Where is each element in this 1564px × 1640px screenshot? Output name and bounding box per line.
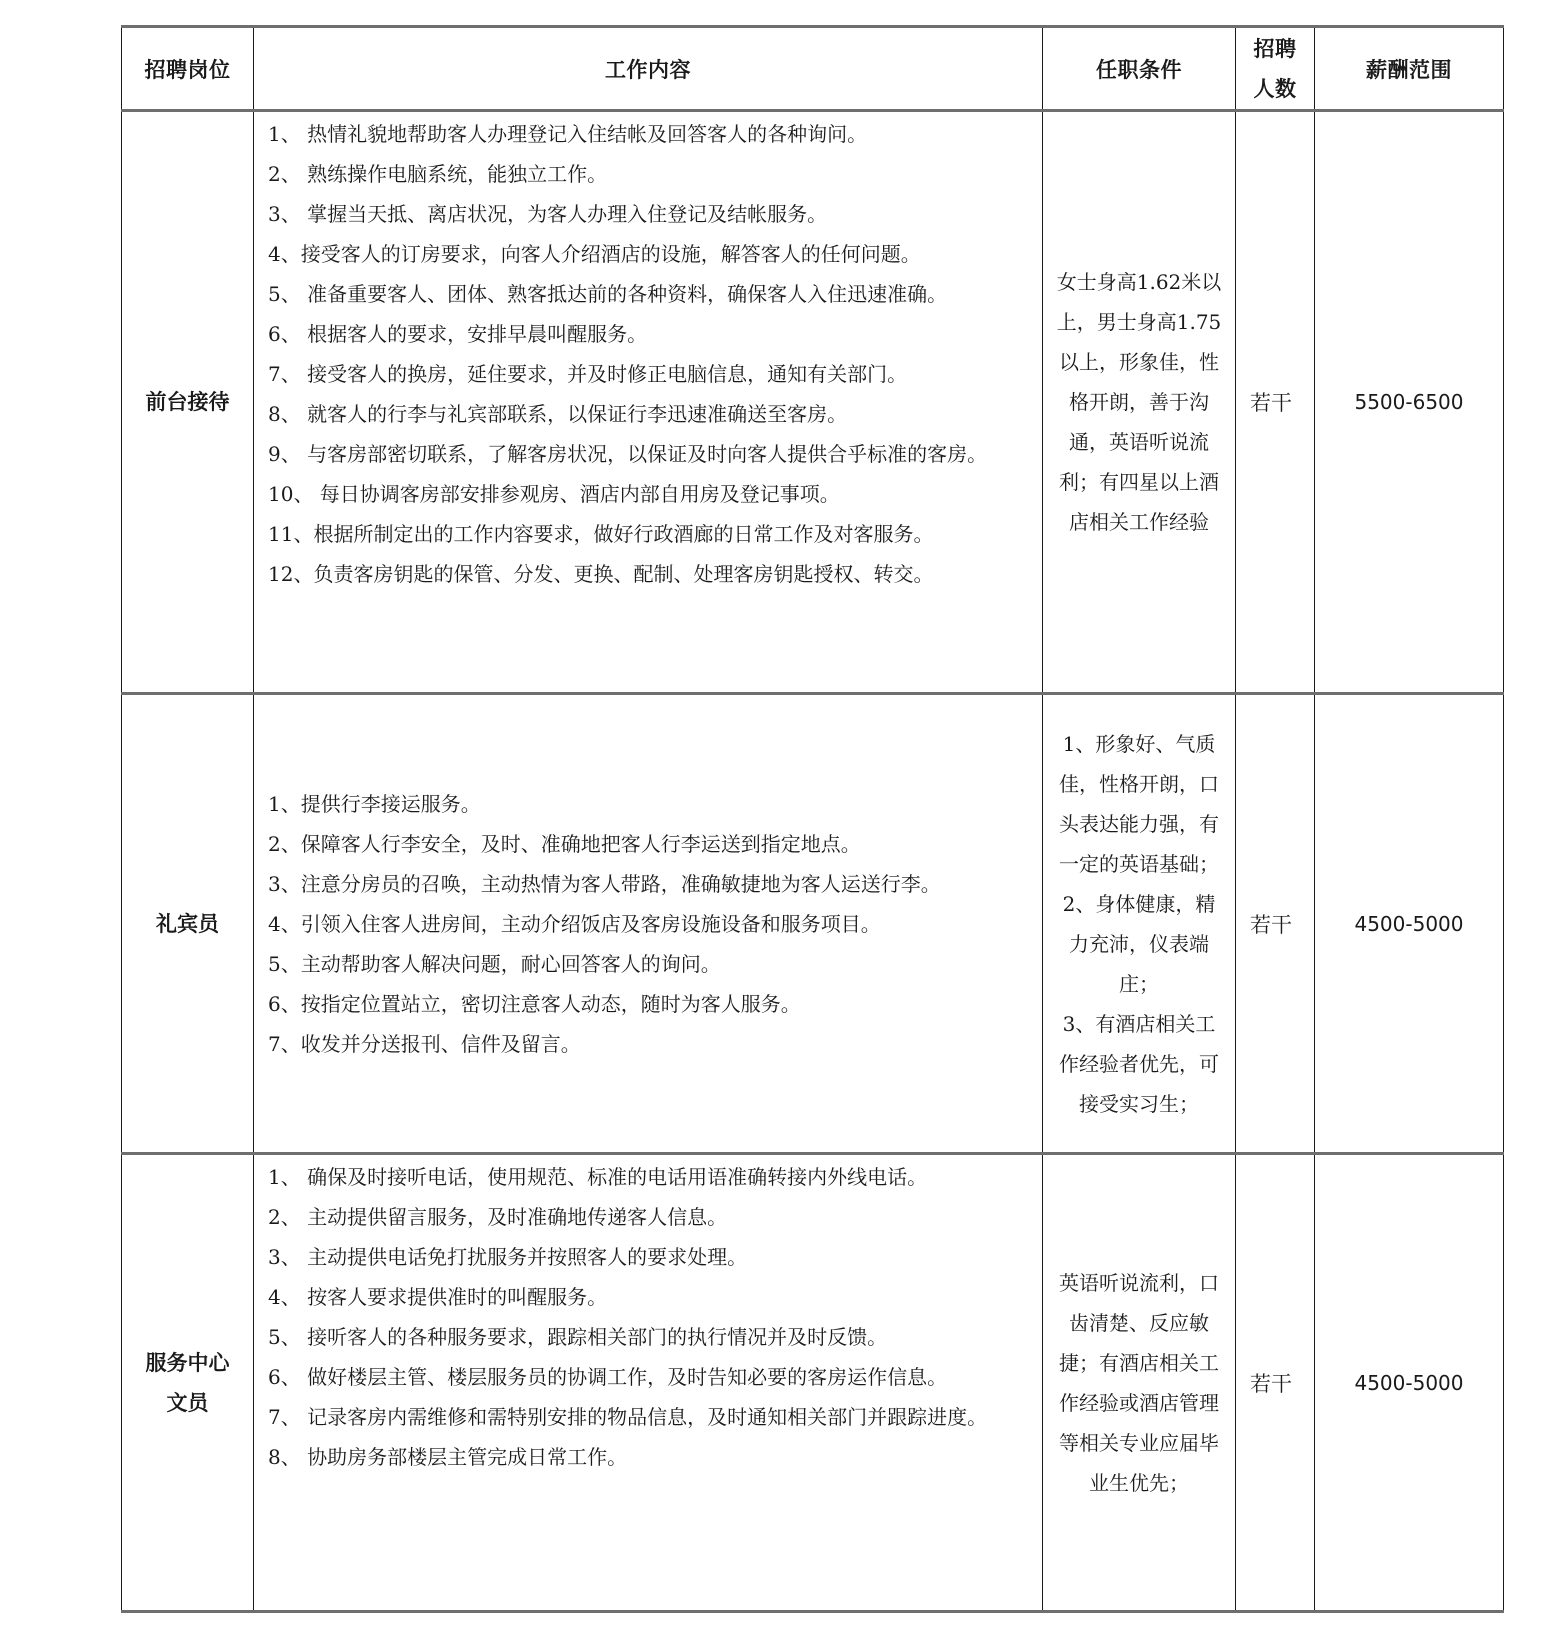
salary-cell: 4500-5000 [1315, 1154, 1504, 1612]
duty-item: 2、 主动提供留言服务，及时准确地传递客人信息。 [268, 1197, 1030, 1237]
duty-item: 1、 确保及时接听电话，使用规范、标准的电话用语准确转接内外线电话。 [268, 1157, 1030, 1197]
requirements-list: 女士身高1.62米以上，男士身高1.75以上，形象佳，性格开朗，善于沟通，英语听… [1055, 262, 1223, 542]
duty-item: 10、 每日协调客房部安排参观房、酒店内部自用房及登记事项。 [268, 474, 1030, 514]
duty-item: 3、注意分房员的召唤，主动热情为客人带路，准确敏捷地为客人运送行李。 [268, 864, 1030, 904]
position-cell: 前台接待 [122, 111, 254, 694]
requirements-cell: 女士身高1.62米以上，男士身高1.75以上，形象佳，性格开朗，善于沟通，英语听… [1043, 111, 1236, 694]
recruitment-table: 招聘岗位 工作内容 任职条件 招聘 人数 薪酬范围 前台接待 1、 热情礼貌地帮… [121, 25, 1504, 1613]
duty-item: 1、提供行李接运服务。 [268, 784, 1030, 824]
duties-cell: 1、提供行李接运服务。 2、保障客人行李安全，及时、准确地把客人行李运送到指定地… [254, 694, 1043, 1154]
duty-item: 2、 熟练操作电脑系统，能独立工作。 [268, 154, 1030, 194]
table-row: 前台接待 1、 热情礼貌地帮助客人办理登记入住结帐及回答客人的各种询问。 2、 … [122, 111, 1504, 694]
duty-item: 5、主动帮助客人解决问题，耐心回答客人的询问。 [268, 944, 1030, 984]
duties-list: 1、提供行李接运服务。 2、保障客人行李安全，及时、准确地把客人行李运送到指定地… [268, 784, 1030, 1064]
count-cell: 若干 [1236, 1154, 1315, 1612]
duties-cell: 1、 确保及时接听电话，使用规范、标准的电话用语准确转接内外线电话。 2、 主动… [254, 1154, 1043, 1612]
duties-list: 1、 确保及时接听电话，使用规范、标准的电话用语准确转接内外线电话。 2、 主动… [268, 1157, 1030, 1477]
salary-cell: 5500-6500 [1315, 111, 1504, 694]
duty-item: 3、 掌握当天抵、离店状况，为客人办理入住登记及结帐服务。 [268, 194, 1030, 234]
header-count: 招聘 人数 [1236, 27, 1315, 111]
requirement-item: 2、身体健康，精力充沛，仪表端庄； [1055, 884, 1223, 1004]
header-salary: 薪酬范围 [1315, 27, 1504, 111]
duty-item: 1、 热情礼貌地帮助客人办理登记入住结帐及回答客人的各种询问。 [268, 114, 1030, 154]
position-name-line1: 服务中心 [122, 1343, 253, 1383]
header-requirements: 任职条件 [1043, 27, 1236, 111]
duty-item: 11、根据所制定出的工作内容要求，做好行政酒廊的日常工作及对客服务。 [268, 514, 1030, 554]
position-cell: 服务中心 文员 [122, 1154, 254, 1612]
position-name: 前台接待 [122, 382, 253, 422]
duty-item: 6、按指定位置站立，密切注意客人动态，随时为客人服务。 [268, 984, 1030, 1024]
requirements-cell: 英语听说流利，口齿清楚、反应敏捷；有酒店相关工作经验或酒店管理等相关专业应届毕业… [1043, 1154, 1236, 1612]
duty-item: 4、 按客人要求提供准时的叫醒服务。 [268, 1277, 1030, 1317]
duty-item: 12、负责客房钥匙的保管、分发、更换、配制、处理客房钥匙授权、转交。 [268, 554, 1030, 594]
header-duties: 工作内容 [254, 27, 1043, 111]
duty-item: 5、 接听客人的各种服务要求，跟踪相关部门的执行情况并及时反馈。 [268, 1317, 1030, 1357]
duty-item: 7、 记录客房内需维修和需特别安排的物品信息，及时通知相关部门并跟踪进度。 [268, 1397, 1030, 1437]
duty-item: 7、收发并分送报刊、信件及留言。 [268, 1024, 1030, 1064]
header-position: 招聘岗位 [122, 27, 254, 111]
duty-item: 9、 与客房部密切联系，了解客房状况，以保证及时向客人提供合乎标准的客房。 [268, 434, 1030, 474]
header-count-line2: 人数 [1236, 69, 1314, 109]
duty-item: 3、 主动提供电话免打扰服务并按照客人的要求处理。 [268, 1237, 1030, 1277]
duty-item: 4、接受客人的订房要求，向客人介绍酒店的设施，解答客人的任何问题。 [268, 234, 1030, 274]
duty-item: 8、 协助房务部楼层主管完成日常工作。 [268, 1437, 1030, 1477]
requirements-list: 1、形象好、气质佳，性格开朗，口头表达能力强，有一定的英语基础； 2、身体健康，… [1055, 724, 1223, 1124]
table-row: 礼宾员 1、提供行李接运服务。 2、保障客人行李安全，及时、准确地把客人行李运送… [122, 694, 1504, 1154]
duty-item: 2、保障客人行李安全，及时、准确地把客人行李运送到指定地点。 [268, 824, 1030, 864]
header-row: 招聘岗位 工作内容 任职条件 招聘 人数 薪酬范围 [122, 27, 1504, 111]
duty-item: 8、 就客人的行李与礼宾部联系，以保证行李迅速准确送至客房。 [268, 394, 1030, 434]
salary-cell: 4500-5000 [1315, 694, 1504, 1154]
duty-item: 4、引领入住客人进房间，主动介绍饭店及客房设施设备和服务项目。 [268, 904, 1030, 944]
requirements-cell: 1、形象好、气质佳，性格开朗，口头表达能力强，有一定的英语基础； 2、身体健康，… [1043, 694, 1236, 1154]
requirement-item: 英语听说流利，口齿清楚、反应敏捷；有酒店相关工作经验或酒店管理等相关专业应届毕业… [1055, 1263, 1223, 1503]
position-name-line2: 文员 [122, 1383, 253, 1423]
duties-cell: 1、 热情礼貌地帮助客人办理登记入住结帐及回答客人的各种询问。 2、 熟练操作电… [254, 111, 1043, 694]
duties-list: 1、 热情礼貌地帮助客人办理登记入住结帐及回答客人的各种询问。 2、 熟练操作电… [268, 114, 1030, 594]
requirement-item: 1、形象好、气质佳，性格开朗，口头表达能力强，有一定的英语基础； [1055, 724, 1223, 884]
duty-item: 7、 接受客人的换房，延住要求，并及时修正电脑信息，通知有关部门。 [268, 354, 1030, 394]
position-name: 礼宾员 [122, 904, 253, 944]
count-cell: 若干 [1236, 111, 1315, 694]
count-cell: 若干 [1236, 694, 1315, 1154]
position-cell: 礼宾员 [122, 694, 254, 1154]
requirement-item: 女士身高1.62米以上，男士身高1.75以上，形象佳，性格开朗，善于沟通，英语听… [1055, 262, 1223, 542]
requirement-item: 3、有酒店相关工作经验者优先，可接受实习生； [1055, 1004, 1223, 1124]
duty-item: 6、 根据客人的要求，安排早晨叫醒服务。 [268, 314, 1030, 354]
table-row: 服务中心 文员 1、 确保及时接听电话，使用规范、标准的电话用语准确转接内外线电… [122, 1154, 1504, 1612]
requirements-list: 英语听说流利，口齿清楚、反应敏捷；有酒店相关工作经验或酒店管理等相关专业应届毕业… [1055, 1263, 1223, 1503]
header-count-line1: 招聘 [1236, 29, 1314, 69]
duty-item: 6、 做好楼层主管、楼层服务员的协调工作，及时告知必要的客房运作信息。 [268, 1357, 1030, 1397]
duty-item: 5、 准备重要客人、团体、熟客抵达前的各种资料，确保客人入住迅速准确。 [268, 274, 1030, 314]
